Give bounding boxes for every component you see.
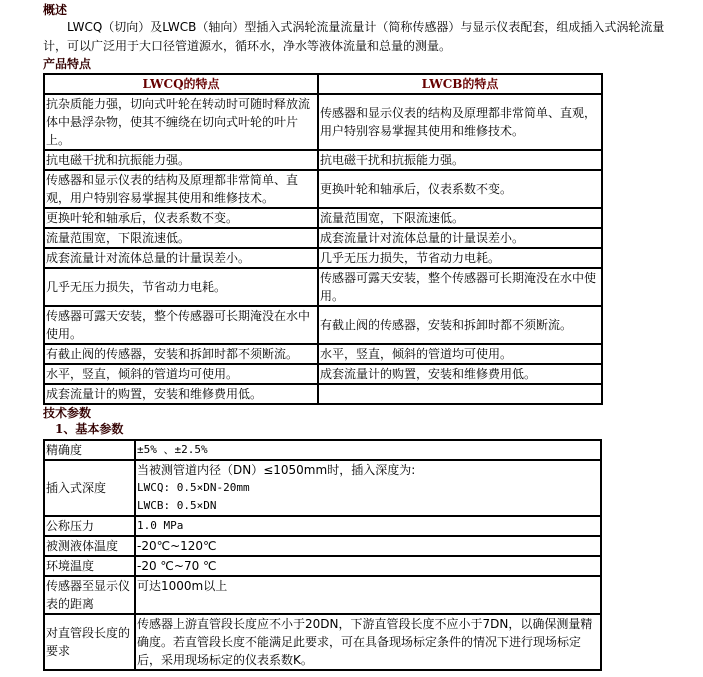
- param-value-line: 当被测管道内径（DN）≤1050mm时，插入深度为:: [137, 461, 599, 479]
- table-row: 成套流量计的购置，安装和维修费用低。: [44, 384, 602, 404]
- table-row: 抗电磁干扰和抗振能力强。 抗电磁干扰和抗振能力强。: [44, 150, 602, 170]
- param-row-nominal-pressure: 公称压力 1.0 MPa: [44, 516, 601, 536]
- lwcb-feature-cell: 成套流量计的购置，安装和维修费用低。: [318, 364, 602, 384]
- lwcq-feature-cell: 更换叶轮和轴承后，仪表系数不变。: [44, 208, 318, 228]
- param-value: 传感器上游直管段长度应不小于20DN，下游直管段长度不应小于7DN，以确保测量精…: [135, 614, 601, 670]
- param-value-line: -20 ℃~70 ℃: [137, 557, 599, 575]
- params-table: 精确度 ±5% 、±2.5% 插入式深度 当被测管道内径（DN）≤1050mm时…: [43, 439, 602, 671]
- table-row: 有截止阀的传感器，安装和拆卸时都不须断流。 水平，竖直，倾斜的管道均可使用。: [44, 344, 602, 364]
- param-label: 公称压力: [44, 516, 135, 536]
- table-row: 更换叶轮和轴承后，仪表系数不变。 流量范围宽，下限流速低。: [44, 208, 602, 228]
- features-table: LWCQ的特点 LWCB的特点 抗杂质能力强，切向式叶轮在转动时可随时释放流体中…: [43, 73, 603, 405]
- lwcb-feature-cell: 几乎无压力损失，节省动力电耗。: [318, 248, 602, 268]
- param-value-line: 传感器上游直管段长度应不小于20DN，下游直管段长度不应小于7DN，以确保测量精…: [137, 615, 599, 669]
- lwcq-feature-cell: 传感器和显示仪表的结构及原理都非常简单、直观，用户特别容易掌握其使用和维修技术。: [44, 170, 318, 208]
- table-row: 传感器可露天安装，整个传感器可长期淹没在水中使用。 有截止阀的传感器，安装和拆卸…: [44, 306, 602, 344]
- basic-params-subheading: 1、基本参数: [43, 421, 683, 438]
- lwcb-feature-cell: 传感器和显示仪表的结构及原理都非常简单、直观，用户特别容易掌握其使用和维修技术。: [318, 94, 602, 150]
- param-row-straight-pipe: 对直管段长度的要求 传感器上游直管段长度应不小于20DN，下游直管段长度不应小于…: [44, 614, 601, 670]
- param-value: -20 ℃~70 ℃: [135, 556, 601, 576]
- param-label: 环境温度: [44, 556, 135, 576]
- param-row-ambient-temperature: 环境温度 -20 ℃~70 ℃: [44, 556, 601, 576]
- param-value: 1.0 MPa: [135, 516, 601, 536]
- param-value: ±5% 、±2.5%: [135, 440, 601, 460]
- param-label: 精确度: [44, 440, 135, 460]
- param-row-insertion-depth: 插入式深度 当被测管道内径（DN）≤1050mm时，插入深度为: LWCQ: 0…: [44, 460, 601, 516]
- lwcq-feature-cell: 传感器可露天安装，整个传感器可长期淹没在水中使用。: [44, 306, 318, 344]
- param-row-sensor-distance: 传感器至显示仪表的距离 可达1000m以上: [44, 576, 601, 614]
- column-header-lwcq: LWCQ的特点: [44, 74, 318, 94]
- lwcb-feature-cell: 更换叶轮和轴承后，仪表系数不变。: [318, 170, 602, 208]
- lwcb-feature-cell: 有截止阀的传感器，安装和拆卸时都不须断流。: [318, 306, 602, 344]
- document-page: 概述 LWCQ（切向）及LWCB（轴向）型插入式涡轮流量流量计（简称传感器）与显…: [43, 0, 683, 671]
- table-row: 几乎无压力损失，节省动力电耗。 传感器可露天安装，整个传感器可长期淹没在水中使用…: [44, 268, 602, 306]
- overview-heading: 概述: [43, 2, 683, 18]
- table-row: 抗杂质能力强，切向式叶轮在转动时可随时释放流体中悬浮杂物，使其不缠绕在切向式叶轮…: [44, 94, 602, 150]
- table-row: 水平，竖直，倾斜的管道均可使用。 成套流量计的购置，安装和维修费用低。: [44, 364, 602, 384]
- param-row-accuracy: 精确度 ±5% 、±2.5%: [44, 440, 601, 460]
- param-value-line: -20℃~120℃: [137, 537, 599, 555]
- lwcb-feature-cell: 成套流量计对流体总量的计量误差小。: [318, 228, 602, 248]
- lwcb-feature-cell: 流量范围宽，下限流速低。: [318, 208, 602, 228]
- param-value-line: 1.0 MPa: [137, 517, 599, 535]
- table-row: 成套流量计对流体总量的计量误差小。 几乎无压力损失，节省动力电耗。: [44, 248, 602, 268]
- table-row: 流量范围宽，下限流速低。 成套流量计对流体总量的计量误差小。: [44, 228, 602, 248]
- param-label: 被测液体温度: [44, 536, 135, 556]
- lwcq-feature-cell: 流量范围宽，下限流速低。: [44, 228, 318, 248]
- param-value-line: ±5% 、±2.5%: [137, 441, 599, 459]
- param-value: 可达1000m以上: [135, 576, 601, 614]
- lwcq-feature-cell: 抗电磁干扰和抗振能力强。: [44, 150, 318, 170]
- lwcq-feature-cell: 几乎无压力损失，节省动力电耗。: [44, 268, 318, 306]
- param-value-line: LWCB: 0.5×DN: [137, 497, 599, 515]
- column-header-lwcb: LWCB的特点: [318, 74, 602, 94]
- lwcb-feature-cell: 传感器可露天安装，整个传感器可长期淹没在水中使用。: [318, 268, 602, 306]
- tech-params-heading: 技术参数: [43, 405, 683, 421]
- param-value-line: 可达1000m以上: [137, 577, 599, 595]
- param-label: 传感器至显示仪表的距离: [44, 576, 135, 614]
- param-row-liquid-temperature: 被测液体温度 -20℃~120℃: [44, 536, 601, 556]
- lwcq-feature-cell: 水平，竖直，倾斜的管道均可使用。: [44, 364, 318, 384]
- lwcb-feature-cell: 抗电磁干扰和抗振能力强。: [318, 150, 602, 170]
- lwcq-feature-cell: 成套流量计的购置，安装和维修费用低。: [44, 384, 318, 404]
- param-value: 当被测管道内径（DN）≤1050mm时，插入深度为: LWCQ: 0.5×DN-…: [135, 460, 601, 516]
- lwcq-feature-cell: 有截止阀的传感器，安装和拆卸时都不须断流。: [44, 344, 318, 364]
- lwcb-feature-cell: 水平，竖直，倾斜的管道均可使用。: [318, 344, 602, 364]
- param-label: 插入式深度: [44, 460, 135, 516]
- param-value-line: LWCQ: 0.5×DN-20mm: [137, 479, 599, 497]
- lwcq-feature-cell: 抗杂质能力强，切向式叶轮在转动时可随时释放流体中悬浮杂物，使其不缠绕在切向式叶轮…: [44, 94, 318, 150]
- features-heading: 产品特点: [43, 56, 683, 72]
- overview-text: LWCQ（切向）及LWCB（轴向）型插入式涡轮流量流量计（简称传感器）与显示仪表…: [43, 18, 673, 56]
- lwcq-feature-cell: 成套流量计对流体总量的计量误差小。: [44, 248, 318, 268]
- features-header-row: LWCQ的特点 LWCB的特点: [44, 74, 602, 94]
- lwcb-feature-cell-empty: [318, 384, 602, 404]
- table-row: 传感器和显示仪表的结构及原理都非常简单、直观，用户特别容易掌握其使用和维修技术。…: [44, 170, 602, 208]
- param-value: -20℃~120℃: [135, 536, 601, 556]
- param-label: 对直管段长度的要求: [44, 614, 135, 670]
